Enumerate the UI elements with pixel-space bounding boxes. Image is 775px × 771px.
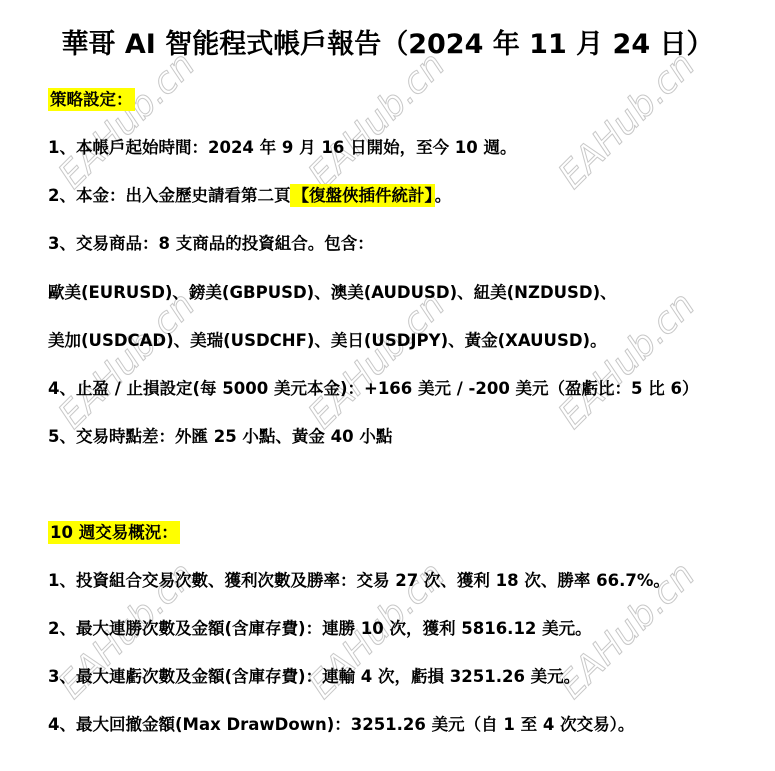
watermark: EAHub.cn <box>51 44 203 196</box>
summary-heading-text: 10 週交易概況： <box>48 521 180 544</box>
strategy-item-2-highlight: 【復盤俠插件統計】 <box>290 184 434 207</box>
strategy-item-2-prefix: 2、本金：出入金歷史請看第二頁 <box>48 186 290 205</box>
summary-item-2: 2、最大連勝次數及金額(含庫存費)：連勝 10 次，獲利 5816.12 美元。 <box>48 618 592 640</box>
strategy-heading-text: 策略設定： <box>48 88 135 111</box>
watermark: EAHub.cn <box>301 44 453 196</box>
strategy-item-3-symbols-a: 歐美(EURUSD)、鎊美(GBPUSD)、澳美(AUDUSD)、紐美(NZDU… <box>48 282 617 304</box>
watermark: EAHub.cn <box>301 284 453 436</box>
strategy-item-3: 3、交易商品：8 支商品的投資組合。包含： <box>48 233 374 255</box>
strategy-item-3-symbols-b: 美加(USDCAD)、美瑞(USDCHF)、美日(USDJPY)、黃金(XAUU… <box>48 330 607 352</box>
summary-item-3: 3、最大連虧次數及金額(含庫存費)：連輸 4 次，虧損 3251.26 美元。 <box>48 666 580 688</box>
summary-heading: 10 週交易概況： <box>48 522 180 544</box>
strategy-item-5: 5、交易時點差：外匯 25 小點、黃金 40 小點 <box>48 426 392 448</box>
summary-item-4: 4、最大回撤金額(Max DrawDown)：3251.26 美元（自 1 至 … <box>48 714 634 736</box>
strategy-item-4: 4、止盈 / 止損設定(每 5000 美元本金)：+166 美元 / -200 … <box>48 378 699 400</box>
strategy-item-2: 2、本金：出入金歷史請看第二頁【復盤俠插件統計】。 <box>48 185 451 207</box>
summary-item-1: 1、投資組合交易次數、獲利次數及勝率：交易 27 次、獲利 18 次、勝率 66… <box>48 570 670 592</box>
watermark: EAHub.cn <box>551 44 703 196</box>
watermark: EAHub.cn <box>51 284 203 436</box>
watermark: EAHub.cn <box>551 284 703 436</box>
report-title: 華哥 AI 智能程式帳戶報告（2024 年 11 月 24 日） <box>0 22 775 61</box>
strategy-item-1: 1、本帳戶起始時間：2024 年 9 月 16 日開始，至今 10 週。 <box>48 137 517 159</box>
strategy-item-2-suffix: 。 <box>435 186 452 205</box>
strategy-heading: 策略設定： <box>48 89 135 111</box>
